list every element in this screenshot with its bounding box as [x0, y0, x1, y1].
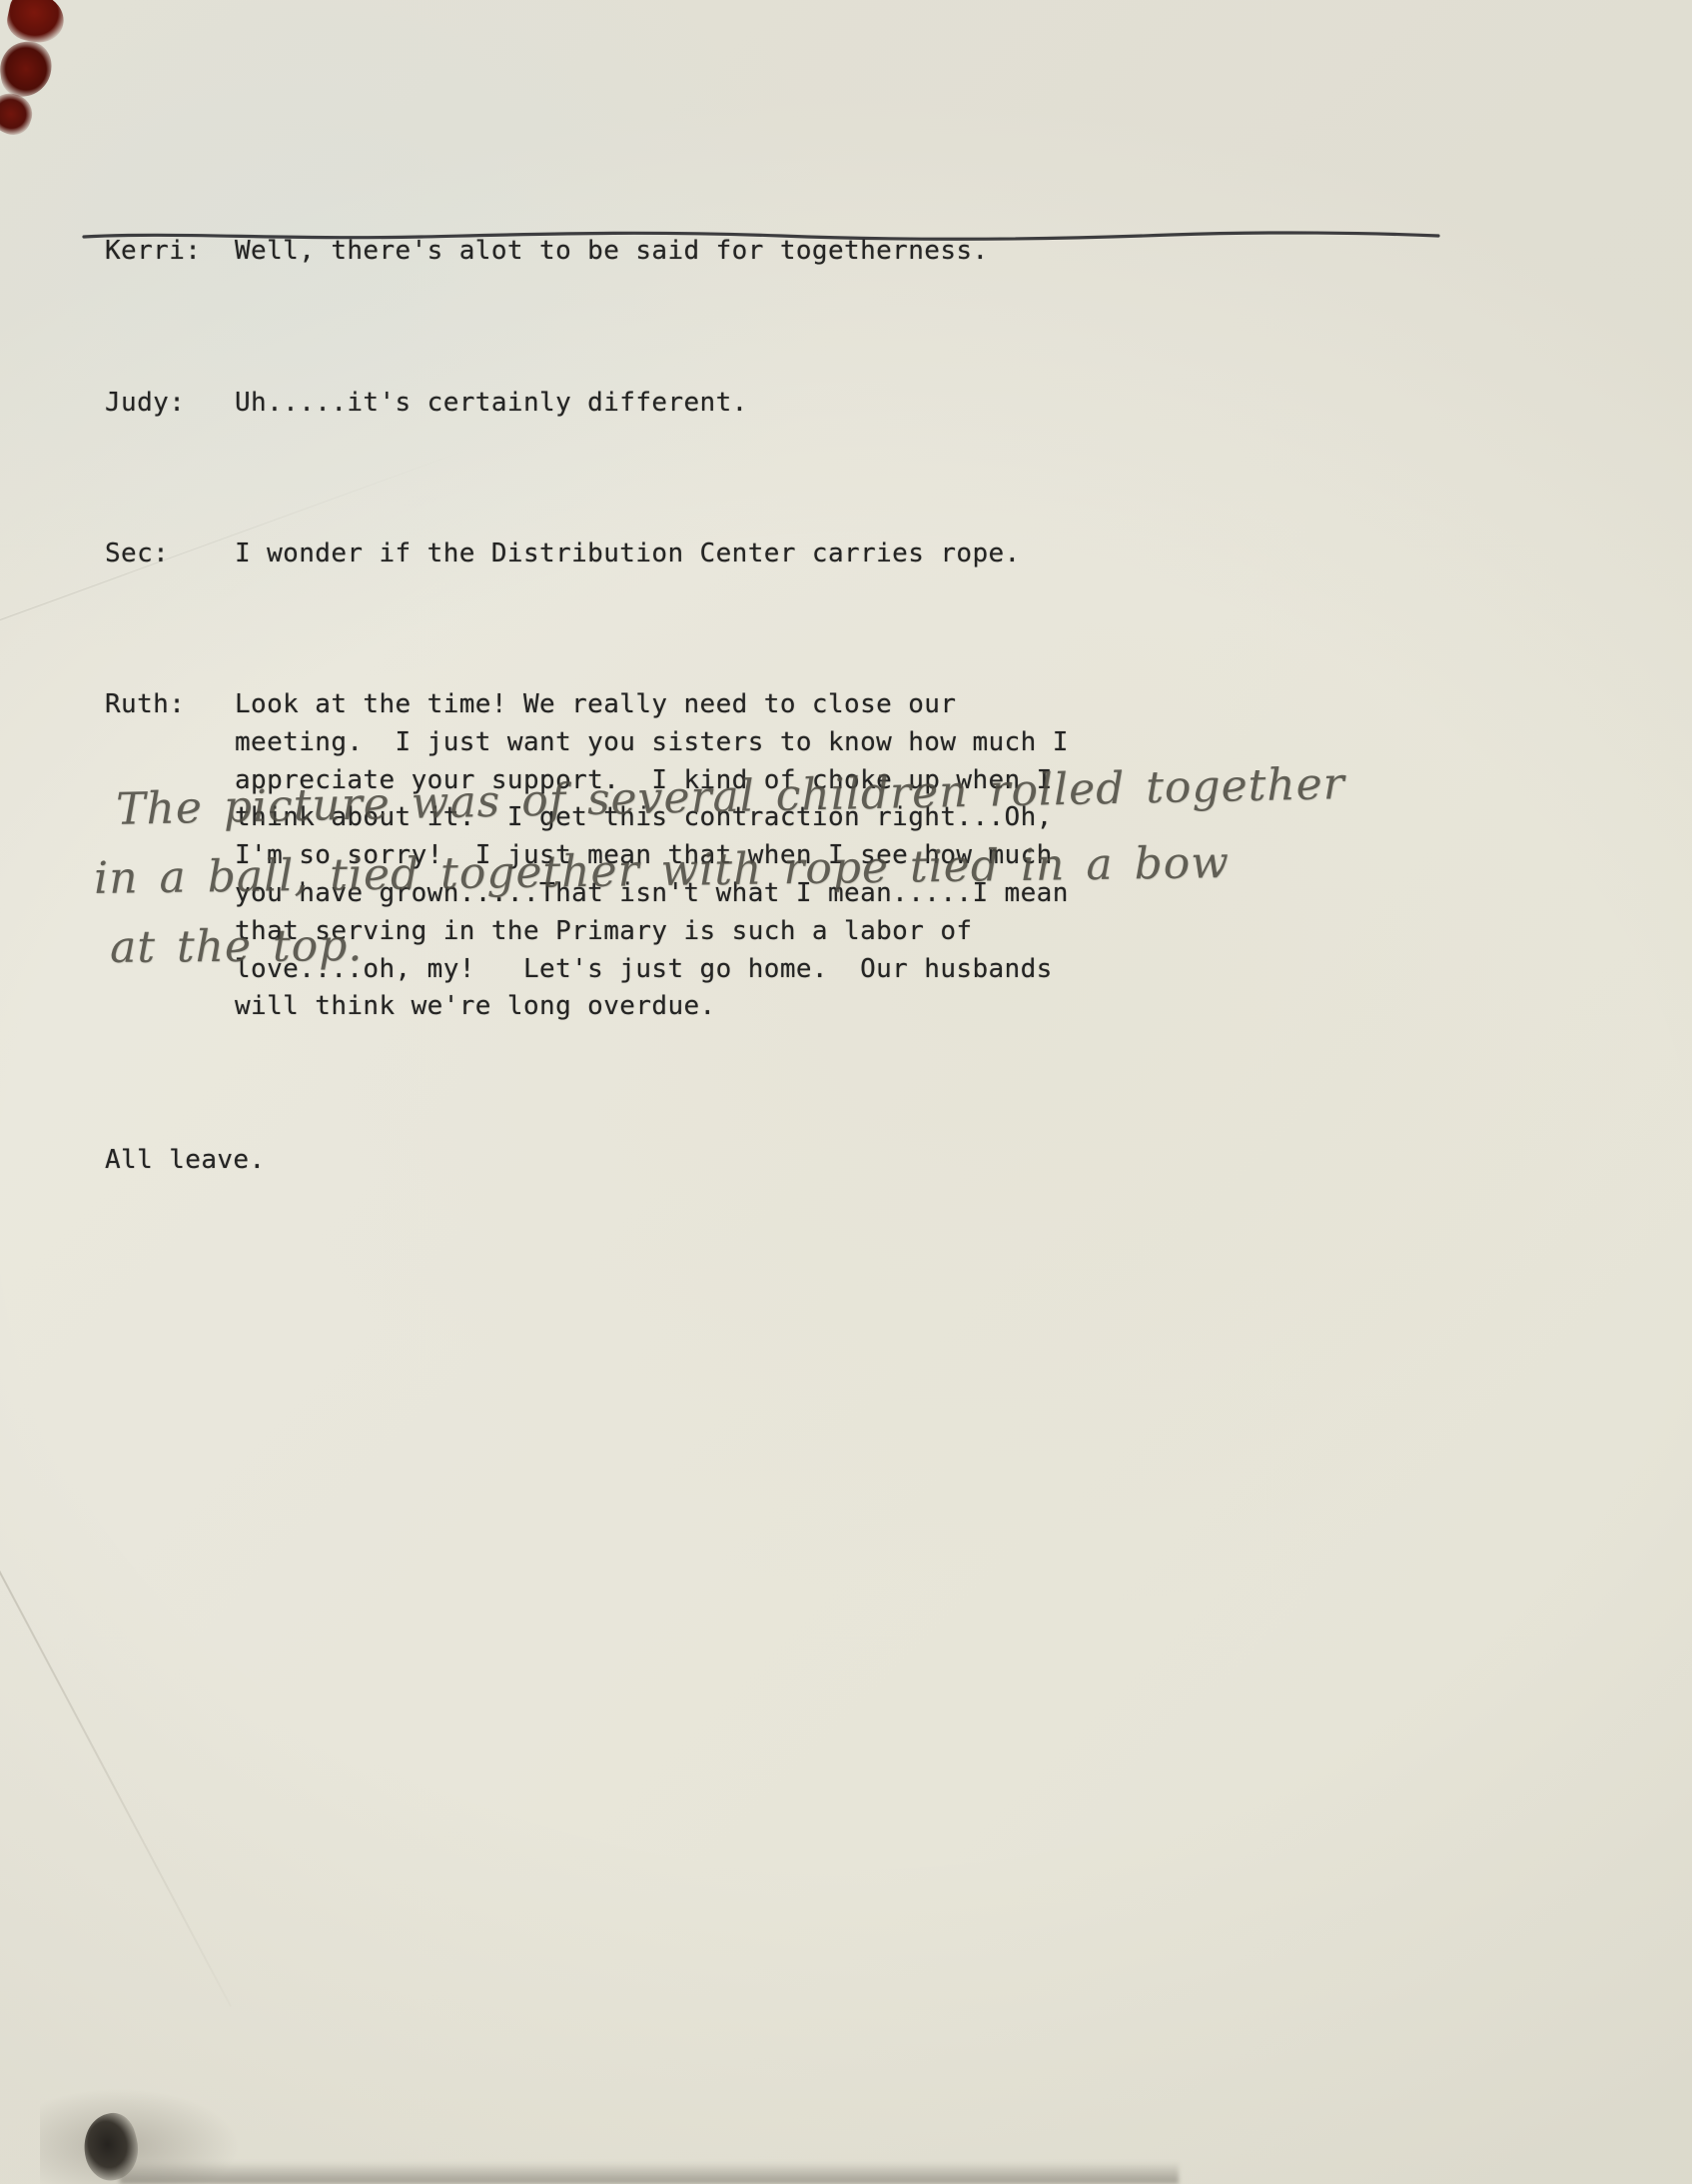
red-stain-top-left-2 [0, 39, 56, 100]
speaker-label-sec: Sec: [105, 536, 235, 573]
dialogue-row-sec: Sec: I wonder if the Distribution Center… [105, 536, 1523, 573]
handwritten-note-line-3: at the top. [110, 920, 364, 973]
stage-direction: All leave. [105, 1142, 1523, 1180]
red-stain-top-left-3 [0, 88, 38, 140]
speaker-label-kerri: Kerri: [105, 233, 235, 271]
bottom-left-smudge [40, 2088, 240, 2184]
bottom-edge-shadow [120, 2162, 1179, 2184]
dialogue-row-judy: Judy: Uh.....it's certainly different. [105, 385, 1523, 423]
dialogue-text-judy: Uh.....it's certainly different. [235, 385, 1523, 423]
ruth-line-7: that serving in the Primary is such a la… [235, 913, 1523, 951]
document-page: Kerri: Well, there's alot to be said for… [0, 0, 1692, 2184]
dialogue-text-kerri: Well, there's alot to be said for togeth… [235, 233, 1523, 271]
bottom-left-dark-stain [77, 2108, 145, 2184]
ruth-line-2: meeting. I just want you sisters to know… [235, 724, 1523, 762]
paper-crease-diagonal [0, 1460, 232, 2007]
ruth-line-1: Look at the time! We really need to clos… [235, 686, 1523, 724]
ruth-line-9: will think we're long overdue. [235, 988, 1523, 1026]
speaker-label-judy: Judy: [105, 385, 235, 423]
speaker-label-ruth: Ruth: [105, 686, 235, 724]
red-stain-top-left-1 [4, 0, 69, 47]
dialogue-text-sec: I wonder if the Distribution Center carr… [235, 536, 1523, 573]
ruth-line-8: love....oh, my! Let's just go home. Our … [235, 951, 1523, 989]
dialogue-row-kerri: Kerri: Well, there's alot to be said for… [105, 233, 1523, 271]
typed-script-block: Kerri: Well, there's alot to be said for… [105, 120, 1523, 1255]
